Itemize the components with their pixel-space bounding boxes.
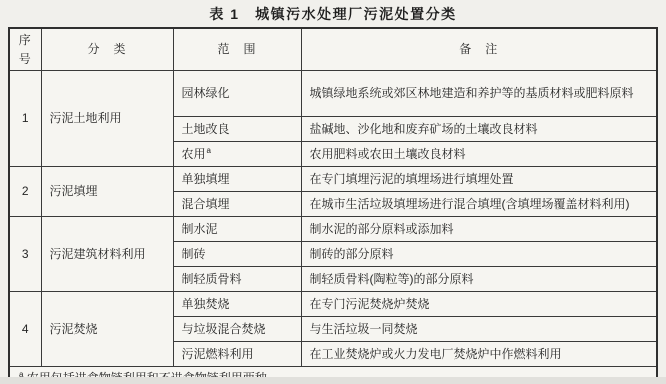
table-row: 2 污泥填埋 单独填埋 在专门填埋污泥的填埋场进行填埋处置	[9, 167, 657, 192]
scope-cell: 制砖	[173, 242, 301, 267]
scope-cell: 污泥燃料利用	[173, 342, 301, 367]
scope-cell: 农用a	[173, 142, 301, 167]
table-row: 1 污泥土地利用 园林绿化 城镇绿地系统或郊区林地建造和养护等的基质材料或肥料原…	[9, 71, 657, 117]
table-title: 表 1 城镇污水处理厂污泥处置分类	[0, 4, 666, 24]
group3-no: 3	[9, 217, 41, 292]
scope-cell: 园林绿化	[173, 71, 301, 117]
column-header-scope: 范 围	[173, 28, 301, 71]
note-cell: 在城市生活垃圾填埋场进行混合填埋(含填埋场覆盖材料利用)	[301, 192, 657, 217]
page-bottom-margin	[0, 377, 666, 384]
scope-cell: 单独填埋	[173, 167, 301, 192]
table-row: 3 污泥建筑材料利用 制水泥 制水泥的部分原料或添加料	[9, 217, 657, 242]
group2-no: 2	[9, 167, 41, 217]
note-cell: 制轻质骨料(陶粒等)的部分原料	[301, 267, 657, 292]
scope-cell: 单独焚烧	[173, 292, 301, 317]
note-cell: 盐碱地、沙化地和废弃矿场的土壤改良材料	[301, 117, 657, 142]
note-cell: 城镇绿地系统或郊区林地建造和养护等的基质材料或肥料原料	[301, 71, 657, 117]
scope-cell: 混合填埋	[173, 192, 301, 217]
footnote-marker: a	[207, 146, 211, 155]
column-header-category: 分 类	[41, 28, 173, 71]
scope-cell: 与垃圾混合焚烧	[173, 317, 301, 342]
column-header-remarks: 备 注	[301, 28, 657, 71]
scope-cell: 制水泥	[173, 217, 301, 242]
note-cell: 农用肥料或农田土壤改良材料	[301, 142, 657, 167]
table-header-row: 序号 分 类 范 围 备 注	[9, 28, 657, 71]
group4-no: 4	[9, 292, 41, 367]
note-cell: 在工业焚烧炉或火力发电厂焚烧炉中作燃料利用	[301, 342, 657, 367]
note-cell: 与生活垃圾一同焚烧	[301, 317, 657, 342]
group2-category: 污泥填埋	[41, 167, 173, 217]
scanned-document-page: { "page": { "title": "表 1 城镇污水处理厂污泥处置分类"…	[0, 0, 666, 384]
note-cell: 制水泥的部分原料或添加料	[301, 217, 657, 242]
scope-cell: 制轻质骨料	[173, 267, 301, 292]
group4-category: 污泥焚烧	[41, 292, 173, 367]
note-cell: 制砖的部分原料	[301, 242, 657, 267]
group1-category: 污泥土地利用	[41, 71, 173, 167]
table-row: 4 污泥焚烧 单独焚烧 在专门污泥焚烧炉焚烧	[9, 292, 657, 317]
column-header-no: 序号	[9, 28, 41, 71]
scope-text: 农用	[182, 147, 206, 161]
sludge-disposal-classification-table: 序号 分 类 范 围 备 注 1 污泥土地利用 园林绿化 城镇绿地系统或郊区林地…	[8, 27, 658, 384]
note-cell: 在专门污泥焚烧炉焚烧	[301, 292, 657, 317]
note-cell: 在专门填埋污泥的填埋场进行填埋处置	[301, 167, 657, 192]
group1-no: 1	[9, 71, 41, 167]
group3-category: 污泥建筑材料利用	[41, 217, 173, 292]
scope-cell: 土地改良	[173, 117, 301, 142]
